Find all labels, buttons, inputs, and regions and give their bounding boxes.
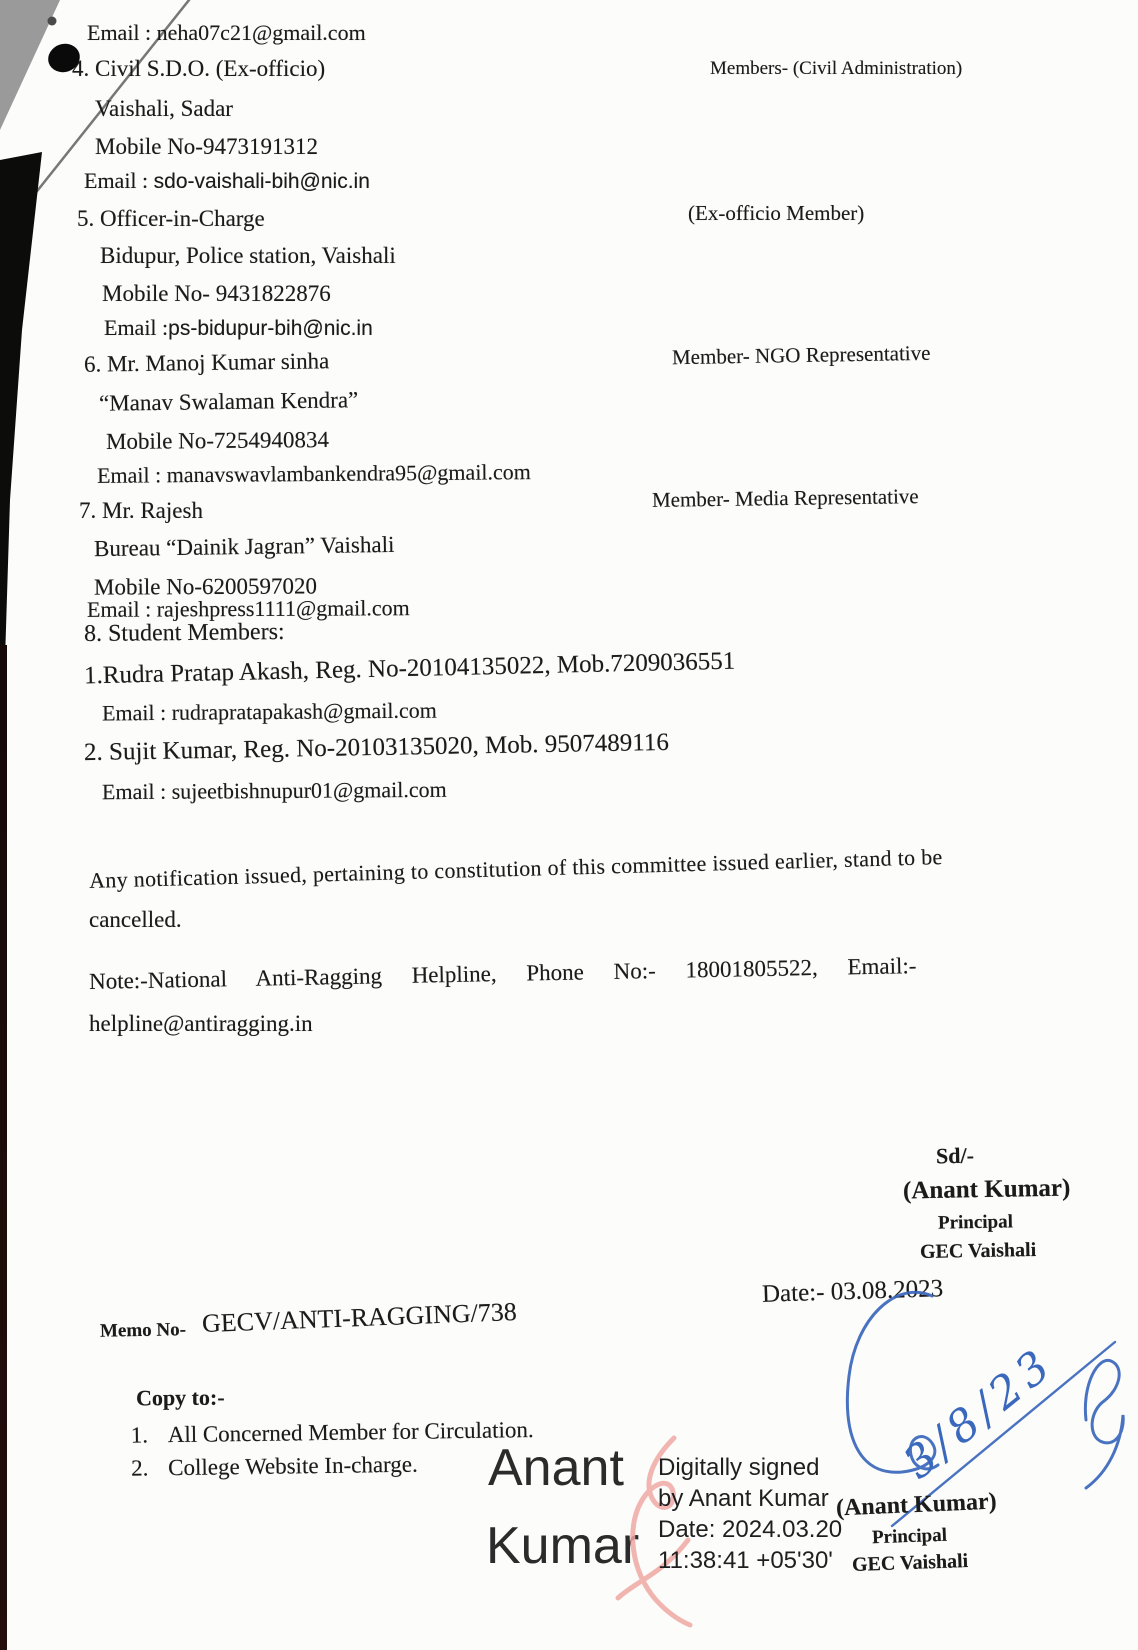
digital-signature-detail-line: by Anant Kumar: [658, 1483, 842, 1514]
member-title: 7. Mr. Rajesh: [79, 498, 203, 524]
member-title: 6. Mr. Manoj Kumar sinha: [84, 348, 330, 377]
member-role: Member- NGO Representative: [672, 341, 931, 371]
email-label: Email :: [84, 168, 154, 193]
helpline-note-line2: helpline@antiragging.in: [89, 1011, 313, 1037]
signatory-title: Principal: [938, 1211, 1013, 1234]
email-label: Email :: [87, 596, 157, 621]
signatory-name: (Anant Kumar): [903, 1175, 1071, 1206]
email-address: manavswavlambankendra95@gmail.com: [167, 459, 531, 487]
helpline-note-line1: Note:-National Anti-Ragging Helpline, Ph…: [89, 953, 917, 995]
member-email: Email : manavswavlambankendra95@gmail.co…: [97, 459, 531, 489]
copy-to-item: All Concerned Member for Circulation.: [154, 1417, 534, 1448]
email-label: Email :: [104, 315, 168, 340]
cancellation-line1: Any notification issued, pertaining to c…: [89, 844, 943, 894]
email-label: Email :: [97, 462, 167, 488]
member-email: Email : neha07c21@gmail.com: [87, 20, 366, 46]
member-address: Vaishali, Sadar: [95, 96, 233, 122]
member-email: Email :ps-bidupur-bih@nic.in: [104, 315, 373, 341]
member-role: (Ex-officio Member): [688, 201, 864, 226]
member-title: 5. Officer-in-Charge: [77, 206, 265, 232]
member-title: 4. Civil S.D.O. (Ex-officio): [72, 56, 325, 82]
students-heading: 8. Student Members:: [84, 619, 285, 648]
student-line: 2. Sujit Kumar, Reg. No-20103135020, Mob…: [84, 729, 669, 767]
member-mobile: Mobile No-9473191312: [95, 134, 318, 160]
stamp-title: Principal: [872, 1525, 948, 1550]
digital-signature-detail-line: Date: 2024.03.20: [658, 1514, 842, 1545]
ink-speck: [48, 17, 57, 26]
copy-to-heading: Copy to:-: [136, 1385, 225, 1412]
digital-signature-details: Digitally signed by Anant Kumar Date: 20…: [658, 1452, 842, 1576]
copy-to-item: College Website In-charge.: [154, 1450, 534, 1481]
member-mobile: Mobile No-7254940834: [106, 427, 329, 455]
memo-label: Memo No-: [100, 1319, 186, 1342]
member-org: “Manav Swalaman Kendra”: [99, 387, 359, 417]
digital-signature-name-line1: Anant: [488, 1442, 624, 1494]
digital-signature-detail-line: 11:38:41 +05'30': [658, 1545, 842, 1576]
email-address: ps-bidupur-bih@nic.in: [168, 317, 373, 340]
digital-signature-detail-line: Digitally signed: [658, 1452, 842, 1483]
signature-flourish: [1085, 1360, 1123, 1488]
member-org: Bureau “Dainik Jagran” Vaishali: [94, 532, 395, 562]
member-mobile: Mobile No- 9431822876: [102, 281, 331, 307]
student-email: Email : rudrapratapakash@gmail.com: [102, 698, 437, 727]
cancellation-line2: cancelled.: [89, 907, 182, 933]
scan-edge-wedge: [0, 152, 42, 660]
stamp-org: GEC Vaishali: [852, 1550, 969, 1577]
student-email: Email : sujeetbishnupur01@gmail.com: [102, 777, 447, 805]
email-address: rajeshpress1111@gmail.com: [157, 595, 410, 621]
member-role: Members- (Civil Administration): [710, 58, 962, 80]
email-address: sdo-vaishali-bih@nic.in: [154, 170, 370, 193]
signatory-org: GEC Vaishali: [920, 1239, 1037, 1264]
scan-left-edge: [0, 645, 7, 1650]
member-address: Bidupur, Police station, Vaishali: [100, 243, 396, 269]
member-email: Email : sdo-vaishali-bih@nic.in: [84, 168, 370, 194]
memo-number: GECV/ANTI-RAGGING/738: [202, 1297, 518, 1339]
scanned-document-page: Email : neha07c21@gmail.com 4. Civil S.D…: [0, 0, 1138, 1650]
copy-to-list: All Concerned Member for Circulation. Co…: [112, 1417, 535, 1489]
member-role: Member- Media Representative: [652, 484, 919, 513]
sd-label: Sd/-: [936, 1143, 974, 1170]
